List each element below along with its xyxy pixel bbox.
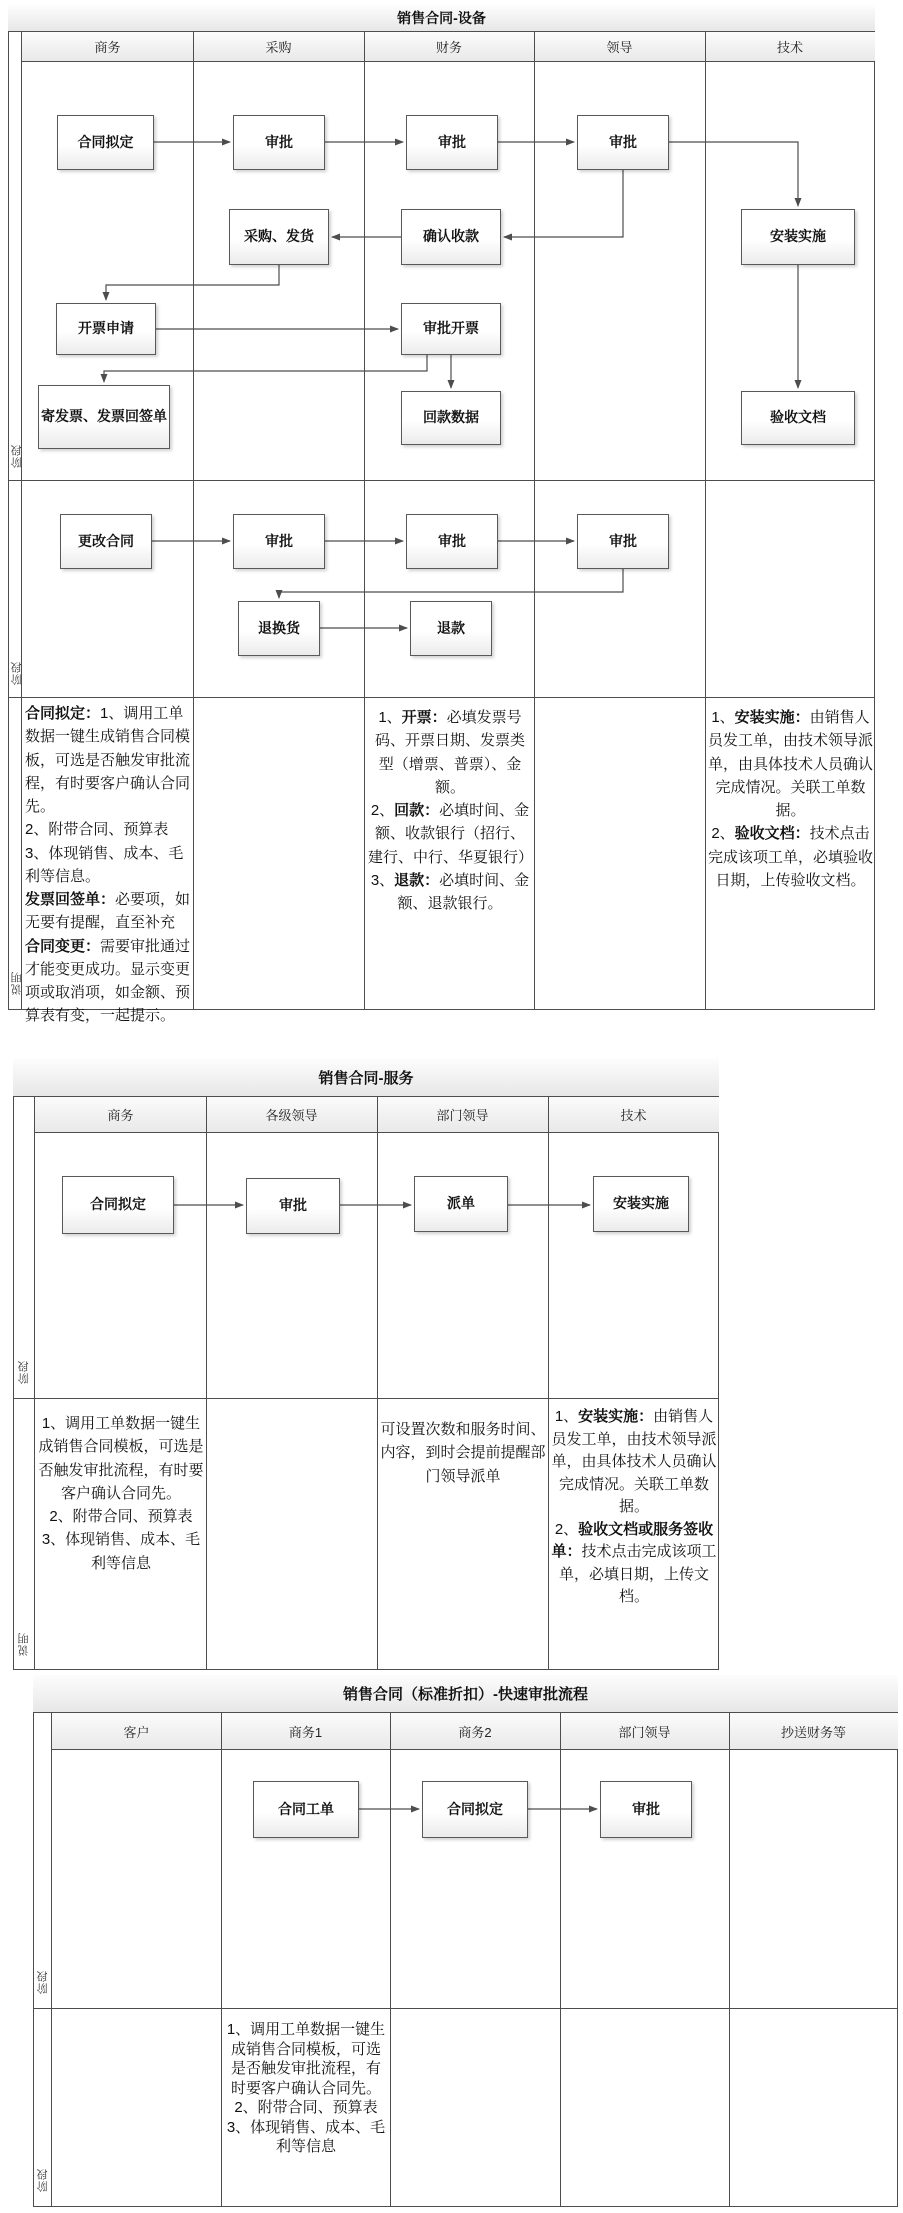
flow-node-approval2-leader: 审批 [577, 514, 669, 569]
flow-node-contract-drafting: 合同拟定 [422, 1781, 528, 1838]
note-text: 3、 [371, 872, 394, 889]
flow-node-dispatch: 派单 [414, 1176, 508, 1232]
lane-header-label: 部门领导 [618, 1722, 670, 1741]
lane-header-tech: 技术 [705, 32, 875, 62]
flow-node-send-invoice-receipt: 寄发票、发票回签单 [38, 385, 170, 449]
note-term: 安装实施： [735, 709, 810, 726]
column-divider [206, 1097, 207, 1670]
note-text: 技术点击完成该项工单，必填日期，上传文档。 [559, 1543, 717, 1605]
note-text: 2、附带合同、预算表 [49, 1508, 192, 1525]
note-paragraph: 3、体现销售、成本、毛利等信息 [224, 2118, 388, 2157]
note-paragraph: 3、体现销售、成本、毛利等信息。 [25, 842, 191, 889]
note-paragraph: 可设置次数和服务时间、内容，到时会提前提醒部门领导派单 [380, 1418, 546, 1488]
flow-node-approval: 审批 [246, 1178, 340, 1234]
lane-header-business: 商务 [35, 1097, 206, 1133]
flow-node-label: 审批 [279, 1197, 307, 1215]
note-text: 1、 [555, 1408, 578, 1425]
lane-header-label: 采购 [265, 37, 291, 56]
flow-node-label: 采购、发货 [244, 228, 314, 246]
page-title: 销售合同-设备 [397, 8, 486, 28]
chart-quick-approval [33, 1675, 898, 2207]
flow-node-label: 开票申请 [78, 320, 134, 338]
note-paragraph: 合同拟定：1、调用工单数据一键生成销售合同模板，可选是否触发审批流程，有时要客户… [25, 702, 191, 818]
lane-header-label: 技术 [777, 37, 803, 56]
page-title: 销售合同-服务 [319, 1067, 414, 1088]
column-divider [548, 1097, 549, 1670]
flow-node-approve-invoice: 审批开票 [401, 303, 501, 355]
page-title: 销售合同（标准折扣）-快速审批流程 [343, 1683, 588, 1704]
note-term: 验收文档： [735, 825, 810, 842]
stage-label: 阶段 [9, 436, 21, 476]
chart-equipment-title: 销售合同-设备 [8, 5, 875, 32]
note-term: 退款： [394, 872, 439, 889]
lane-header-label: 商务 [94, 37, 120, 56]
note-text: 2、 [555, 1521, 578, 1538]
note-paragraph: 1、调用工单数据一键生成销售合同模板，可选是否触发审批流程，有时要客户确认合同先… [224, 2020, 388, 2098]
lane-header-sales1: 商务1 [221, 1713, 390, 1750]
note-term: 合同变更： [25, 938, 100, 955]
stage-label: 阶段 [35, 2160, 47, 2200]
column-divider [705, 32, 706, 1010]
flow-node-label: 寄发票、发票回签单 [41, 408, 167, 426]
column-divider [534, 32, 535, 1010]
flow-node-approval: 审批 [600, 1781, 692, 1838]
column-divider [729, 1713, 730, 2207]
flow-node-installation: 安装实施 [593, 1176, 689, 1232]
band-divider [13, 1398, 719, 1399]
column-divider [377, 1097, 378, 1670]
note-paragraph: 2、验收文档：技术点击完成该项工单，必填验收日期，上传验收文档。 [708, 822, 873, 892]
lane-header-label: 技术 [620, 1105, 646, 1124]
note-paragraph: 2、附带合同、预算表 [224, 2098, 388, 2118]
flow-node-approval-leader: 审批 [577, 115, 669, 170]
note-business: 1、调用工单数据一键生成销售合同模板，可选是否触发审批流程，有时要客户确认合同先… [38, 1412, 204, 1575]
lane-header-label: 客户 [123, 1722, 149, 1741]
note-finance: 1、开票：必填发票号码、开票日期、发票类型（增票、普票）、金额。 2、回款：必填… [368, 706, 532, 915]
band-divider [8, 480, 875, 481]
column-divider [193, 32, 194, 1010]
flow-node-approval2-procurement: 审批 [233, 514, 325, 569]
flow-node-label: 审批 [265, 134, 293, 152]
column-divider [364, 32, 365, 1010]
lane-header-tech: 技术 [548, 1097, 719, 1133]
lane-header-finance: 财务 [364, 32, 534, 62]
note-paragraph: 发票回签单：必要项，如无要有提醒，直至补充 [25, 888, 191, 935]
note-text: 1、 [711, 709, 734, 726]
flow-node-contract-drafting: 合同拟定 [62, 1176, 174, 1234]
column-divider [221, 1713, 222, 2207]
note-text: 可设置次数和服务时间、内容，到时会提前提醒部门领导派单 [380, 1421, 545, 1485]
note-term: 发票回签单： [25, 891, 115, 908]
flow-node-label: 审批 [265, 533, 293, 551]
flow-node-approval-finance: 审批 [406, 115, 498, 170]
note-paragraph: 合同变更：需要审批通过才能变更成功。显示变更项或取消项，如金额、预算表有变，一起… [25, 935, 191, 1028]
lane-header-cc-finance: 抄送财务等 [729, 1713, 898, 1750]
note-sales1: 1、调用工单数据一键生成销售合同模板，可选是否触发审批流程，有时要客户确认合同先… [224, 2020, 388, 2157]
flow-node-label: 退换货 [258, 620, 300, 638]
note-paragraph: 1、安装实施：由销售人员发工单，由技术领导派单，由具体技术人员确认完成情况。关联… [708, 706, 873, 822]
note-dept-leader: 可设置次数和服务时间、内容，到时会提前提醒部门领导派单 [380, 1418, 546, 1488]
flow-node-contract-drafting: 合同拟定 [57, 115, 154, 170]
flow-node-label: 审批开票 [423, 320, 479, 338]
lane-header-dept-leader: 部门领导 [560, 1713, 729, 1750]
flow-node-contract-ticket: 合同工单 [253, 1781, 359, 1838]
note-text: 2、 [711, 825, 734, 842]
phase-bar-divider [34, 1097, 35, 1670]
flow-node-refund: 退款 [410, 601, 492, 656]
note-term: 回款： [394, 802, 439, 819]
lane-header-label: 财务 [436, 37, 462, 56]
note-paragraph: 3、退款：必填时间、金额、退款银行。 [368, 869, 532, 916]
flow-node-acceptance-doc: 验收文档 [741, 391, 855, 445]
note-text: 3、体现销售、成本、毛利等信息 [227, 2119, 385, 2156]
note-text: 1、调用工单数据一键生成销售合同模板，可选是否触发审批流程，有时要客户确认合同先… [227, 2021, 385, 2097]
note-text: 2、 [371, 802, 394, 819]
flow-node-return-exchange: 退换货 [238, 601, 320, 656]
flow-node-label: 更改合同 [78, 533, 134, 551]
flow-node-approval2-finance: 审批 [406, 514, 498, 569]
lane-header-label: 商务2 [458, 1722, 491, 1741]
note-text: 2、附带合同、预算表 [25, 821, 168, 838]
lane-header-label: 商务 [107, 1105, 133, 1124]
lane-header-label: 部门领导 [436, 1105, 488, 1124]
flow-node-confirm-payment: 确认收款 [401, 209, 501, 265]
flow-node-label: 审批 [609, 533, 637, 551]
phase-bar-divider [21, 32, 22, 1010]
lane-header-business: 商务 [22, 32, 193, 62]
flow-node-label: 合同拟定 [447, 1801, 503, 1819]
flow-node-label: 安装实施 [613, 1195, 669, 1213]
flow-node-approval-procurement: 审批 [233, 115, 325, 170]
note-text: 2、附带合同、预算表 [234, 2099, 377, 2116]
flow-node-label: 审批 [609, 134, 637, 152]
notes-band-label: 说明 [9, 963, 21, 1003]
flow-node-label: 验收文档 [770, 409, 826, 427]
flow-node-invoice-request: 开票申请 [56, 303, 156, 355]
note-text: 3、体现销售、成本、毛利等信息 [42, 1531, 200, 1571]
lane-header-dept-leader: 部门领导 [377, 1097, 548, 1133]
note-paragraph: 2、附带合同、预算表 [38, 1505, 204, 1528]
flow-node-label: 回款数据 [423, 409, 479, 427]
lane-header-label: 商务1 [289, 1722, 322, 1741]
note-tech: 1、安装实施：由销售人员发工单，由技术领导派单，由具体技术人员确认完成情况。关联… [551, 1406, 717, 1609]
lane-header-procurement: 采购 [193, 32, 364, 62]
lane-header-label: 领导 [606, 37, 632, 56]
note-term: 安装实施： [578, 1408, 653, 1425]
note-text: 1、 [378, 709, 401, 726]
flow-node-purchase-ship: 采购、发货 [229, 209, 329, 265]
stage-label: 阶段 [9, 653, 21, 693]
note-paragraph: 1、开票：必填发票号码、开票日期、发票类型（增票、普票）、金额。 [368, 706, 532, 799]
stage-label: 阶段 [35, 1962, 47, 2002]
notes-band-label: 说明 [16, 1624, 28, 1664]
note-paragraph: 3、体现销售、成本、毛利等信息 [38, 1528, 204, 1575]
column-divider [560, 1713, 561, 2207]
flow-node-label: 退款 [437, 620, 465, 638]
column-divider [390, 1713, 391, 2207]
lane-header-all-leaders: 各级领导 [206, 1097, 377, 1133]
flow-node-label: 审批 [438, 134, 466, 152]
flow-node-change-contract: 更改合同 [60, 514, 152, 569]
chart-service-title: 销售合同-服务 [13, 1058, 719, 1097]
flow-node-label: 合同工单 [278, 1801, 334, 1819]
lane-header-sales2: 商务2 [390, 1713, 560, 1750]
note-text: 3、体现销售、成本、毛利等信息。 [25, 845, 183, 885]
flow-node-label: 派单 [447, 1195, 475, 1213]
flow-node-label: 合同拟定 [90, 1196, 146, 1214]
stage-label: 阶段 [16, 1352, 28, 1392]
note-paragraph: 2、回款：必填时间、金额、收款银行（招行、建行、中行、华夏银行） [368, 799, 532, 869]
flowchart-page: 销售合同-设备 商务 采购 财务 领导 技术 阶段 阶段 说明 销售合同-服务 … [0, 0, 903, 2213]
flow-node-label: 确认收款 [423, 228, 479, 246]
flow-node-installation: 安装实施 [741, 209, 855, 265]
note-text: 1、调用工单数据一键生成销售合同模板，可选是否触发审批流程，有时要客户确认合同先… [38, 1415, 203, 1502]
note-paragraph: 2、附带合同、预算表 [25, 818, 191, 841]
note-paragraph: 1、安装实施：由销售人员发工单，由技术领导派单，由具体技术人员确认完成情况。关联… [551, 1406, 717, 1519]
note-term: 合同拟定： [25, 705, 100, 722]
flow-node-payment-data: 回款数据 [401, 391, 501, 445]
flow-node-label: 安装实施 [770, 228, 826, 246]
band-divider [33, 2008, 898, 2009]
note-paragraph: 1、调用工单数据一键生成销售合同模板，可选是否触发审批流程，有时要客户确认合同先… [38, 1412, 204, 1505]
note-term: 开票： [402, 709, 447, 726]
band-divider [8, 697, 875, 698]
lane-header-leader: 领导 [534, 32, 705, 62]
chart-quick-approval-title: 销售合同（标准折扣）-快速审批流程 [33, 1675, 898, 1713]
lane-header-label: 各级领导 [265, 1105, 317, 1124]
flow-node-label: 合同拟定 [78, 134, 134, 152]
flow-node-label: 审批 [438, 533, 466, 551]
lane-header-label: 抄送财务等 [781, 1722, 846, 1741]
lane-header-customer: 客户 [52, 1713, 221, 1750]
phase-bar-divider [51, 1713, 52, 2207]
flow-node-label: 审批 [632, 1801, 660, 1819]
note-business: 合同拟定：1、调用工单数据一键生成销售合同模板，可选是否触发审批流程，有时要客户… [25, 702, 191, 1028]
note-paragraph: 2、验收文档或服务签收单：技术点击完成该项工单，必填日期，上传文档。 [551, 1519, 717, 1609]
note-tech: 1、安装实施：由销售人员发工单，由技术领导派单，由具体技术人员确认完成情况。关联… [708, 706, 873, 892]
